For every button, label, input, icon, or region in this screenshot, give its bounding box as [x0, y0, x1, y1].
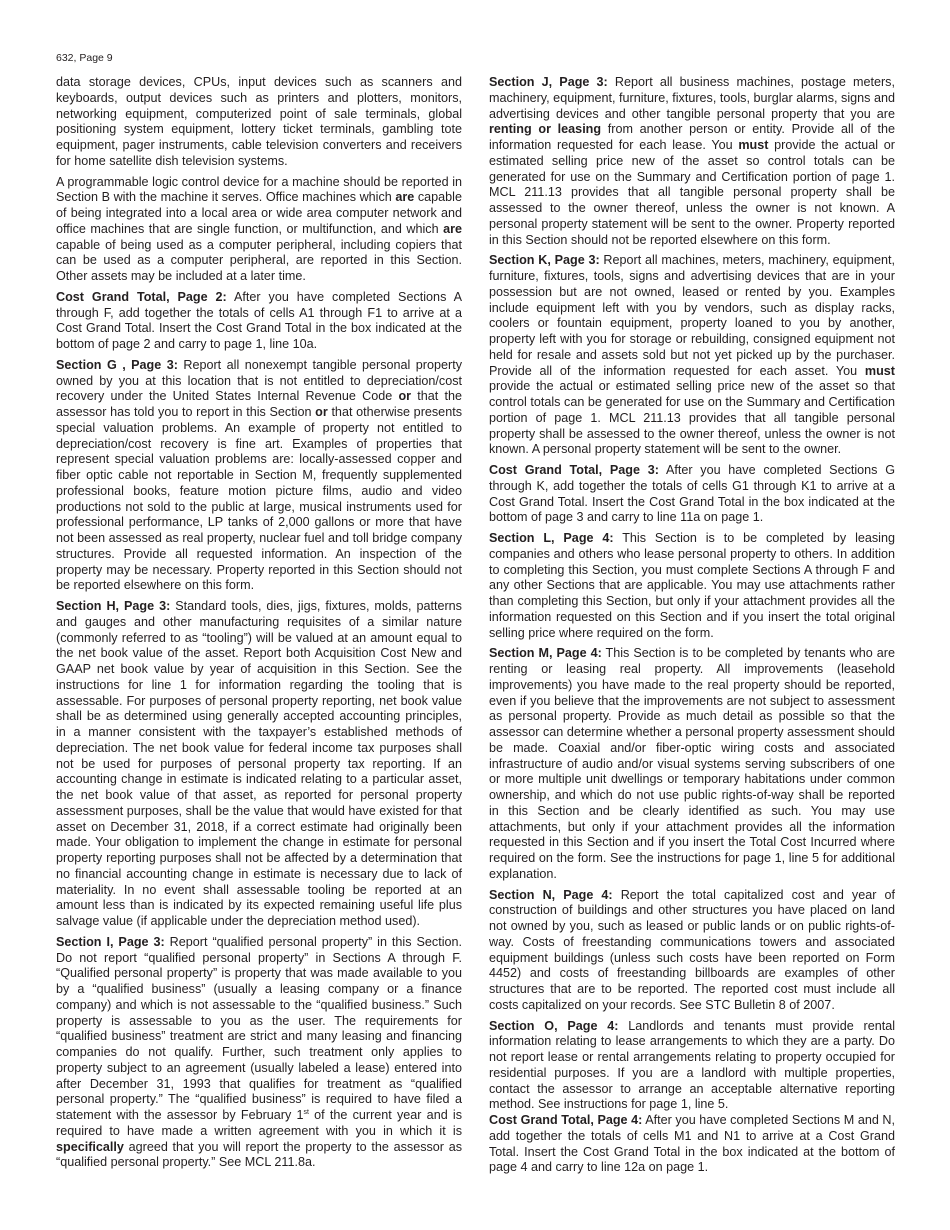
section-o-paragraph: Section O, Page 4: Landlords and tenants… — [489, 1019, 895, 1114]
emphasis-text: renting or leasing — [489, 122, 601, 136]
emphasis-text: must — [865, 364, 895, 378]
emphasis-text: must — [738, 138, 768, 152]
paragraph-text: Report “qualified personal property” in … — [56, 935, 462, 1122]
cost-grand-total-page-2-paragraph: Cost Grand Total, Page 2: After you have… — [56, 290, 462, 353]
section-l-paragraph: Section L, Page 4: This Section is to be… — [489, 531, 895, 641]
paragraph-text: Report the total capitalized cost and ye… — [489, 888, 895, 1012]
section-heading: Section K, Page 3: — [489, 253, 600, 267]
section-heading: Section H, Page 3: — [56, 599, 170, 613]
emphasis-text: or — [398, 389, 411, 403]
section-i-paragraph: Section I, Page 3: Report “qualified per… — [56, 935, 462, 1171]
cost-grand-total-page-3-paragraph: Cost Grand Total, Page 3: After you have… — [489, 463, 895, 526]
computer-equipment-list-paragraph: data storage devices, CPUs, input device… — [56, 75, 462, 170]
office-machines-paragraph: A programmable logic control device for … — [56, 175, 462, 285]
paragraph-text: data storage devices, CPUs, input device… — [56, 75, 462, 168]
paragraph-text: This Section is to be completed by tenan… — [489, 646, 895, 881]
cost-grand-total-page-4-paragraph: Cost Grand Total, Page 4: After you have… — [489, 1113, 895, 1176]
section-g-paragraph: Section G , Page 3: Report all nonexempt… — [56, 358, 462, 594]
emphasis-text: are — [443, 222, 462, 236]
paragraph-text: Report all machines, meters, machinery, … — [489, 253, 895, 377]
section-heading: Section I, Page 3: — [56, 935, 165, 949]
section-heading: Section J, Page 3: — [489, 75, 608, 89]
section-heading: Section L, Page 4: — [489, 531, 614, 545]
paragraph-text: provide the actual or estimated selling … — [489, 138, 895, 247]
section-k-paragraph: Section K, Page 3: Report all machines, … — [489, 253, 895, 458]
section-m-paragraph: Section M, Page 4: This Section is to be… — [489, 646, 895, 882]
paragraph-text: provide the actual or estimated selling … — [489, 379, 895, 456]
section-heading: Section M, Page 4: — [489, 646, 602, 660]
left-column: data storage devices, CPUs, input device… — [56, 75, 462, 1176]
paragraph-text: that otherwise presents special valuatio… — [56, 405, 462, 592]
section-heading: Section N, Page 4: — [489, 888, 613, 902]
paragraph-text: capable of being used as a computer peri… — [56, 238, 462, 284]
section-heading: Section G , Page 3: — [56, 358, 178, 372]
emphasis-text: or — [315, 405, 328, 419]
emphasis-text: specifically — [56, 1140, 124, 1154]
section-heading: Cost Grand Total, Page 4: — [489, 1113, 642, 1127]
section-heading: Cost Grand Total, Page 3: — [489, 463, 659, 477]
right-column: Section J, Page 3: Report all business m… — [489, 75, 895, 1181]
paragraph-text: Standard tools, dies, jigs, fixtures, mo… — [56, 599, 462, 928]
emphasis-text: are — [395, 190, 414, 204]
page-number-header: 632, Page 9 — [56, 52, 113, 64]
section-h-paragraph: Section H, Page 3: Standard tools, dies,… — [56, 599, 462, 930]
section-n-paragraph: Section N, Page 4: Report the total capi… — [489, 888, 895, 1014]
section-j-paragraph: Section J, Page 3: Report all business m… — [489, 75, 895, 248]
section-heading: Section O, Page 4: — [489, 1019, 618, 1033]
paragraph-text: This Section is to be completed by leasi… — [489, 531, 895, 640]
section-heading: Cost Grand Total, Page 2: — [56, 290, 227, 304]
